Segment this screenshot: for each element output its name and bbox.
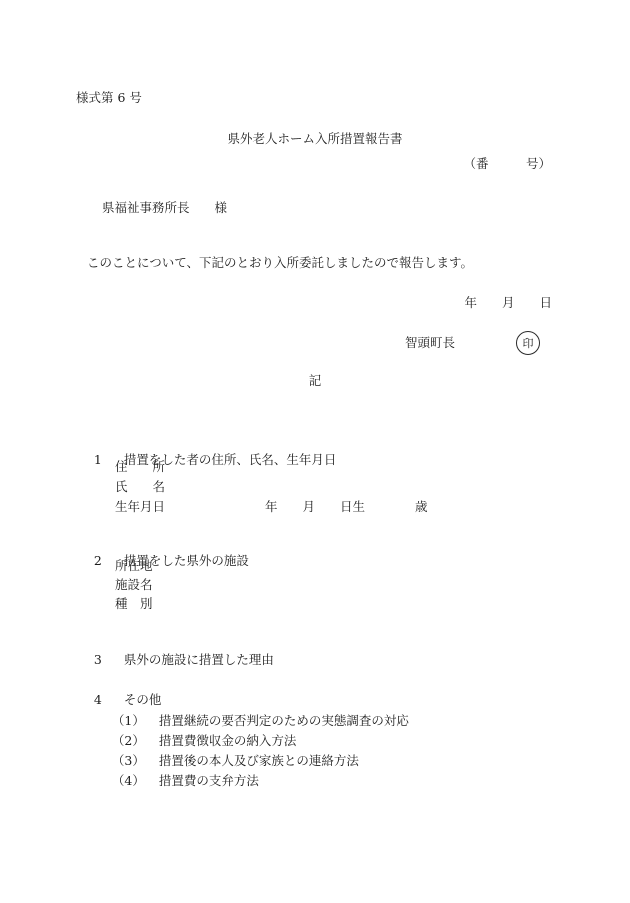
- field-name-label: 氏 名: [115, 478, 165, 495]
- seal-char: 印: [523, 338, 534, 349]
- field-birthdate-label: 生年月日 年 月 日生 歳: [115, 498, 428, 515]
- field-facility-name-label: 施設名: [115, 576, 153, 593]
- recipient-line: 県福祉事務所長 様: [102, 199, 227, 216]
- item-4-text: 措置費の支弁方法: [159, 773, 259, 788]
- section-2-heading: 2措置をした県外の施設: [78, 535, 249, 586]
- body-text: このことについて、下記のとおり入所委託しましたので報告します。: [87, 254, 473, 271]
- field-facility-type-label: 種 別: [115, 595, 153, 612]
- section-3-number: 3: [94, 651, 124, 668]
- field-address-label: 住 所: [115, 458, 165, 475]
- record-marker: 記: [0, 372, 630, 389]
- section-4-item-4: （4）措置費の支弁方法: [96, 755, 259, 806]
- field-location-label: 所在地: [115, 557, 153, 574]
- seal-mark: 印: [516, 331, 540, 355]
- sender-title: 智頭町長: [405, 334, 455, 351]
- document-title: 県外老人ホーム入所措置報告書: [0, 130, 630, 147]
- form-number: 様式第 6 号: [76, 89, 142, 106]
- date-line: 年 月 日: [464, 294, 552, 311]
- document-number-field: （番 号）: [463, 155, 551, 172]
- section-3-title: 県外の施設に措置した理由: [124, 652, 274, 667]
- document-page: 様式第 6 号 県外老人ホーム入所措置報告書 （番 号） 県福祉事務所長 様 こ…: [0, 0, 630, 903]
- item-4-marker: （4）: [112, 772, 159, 789]
